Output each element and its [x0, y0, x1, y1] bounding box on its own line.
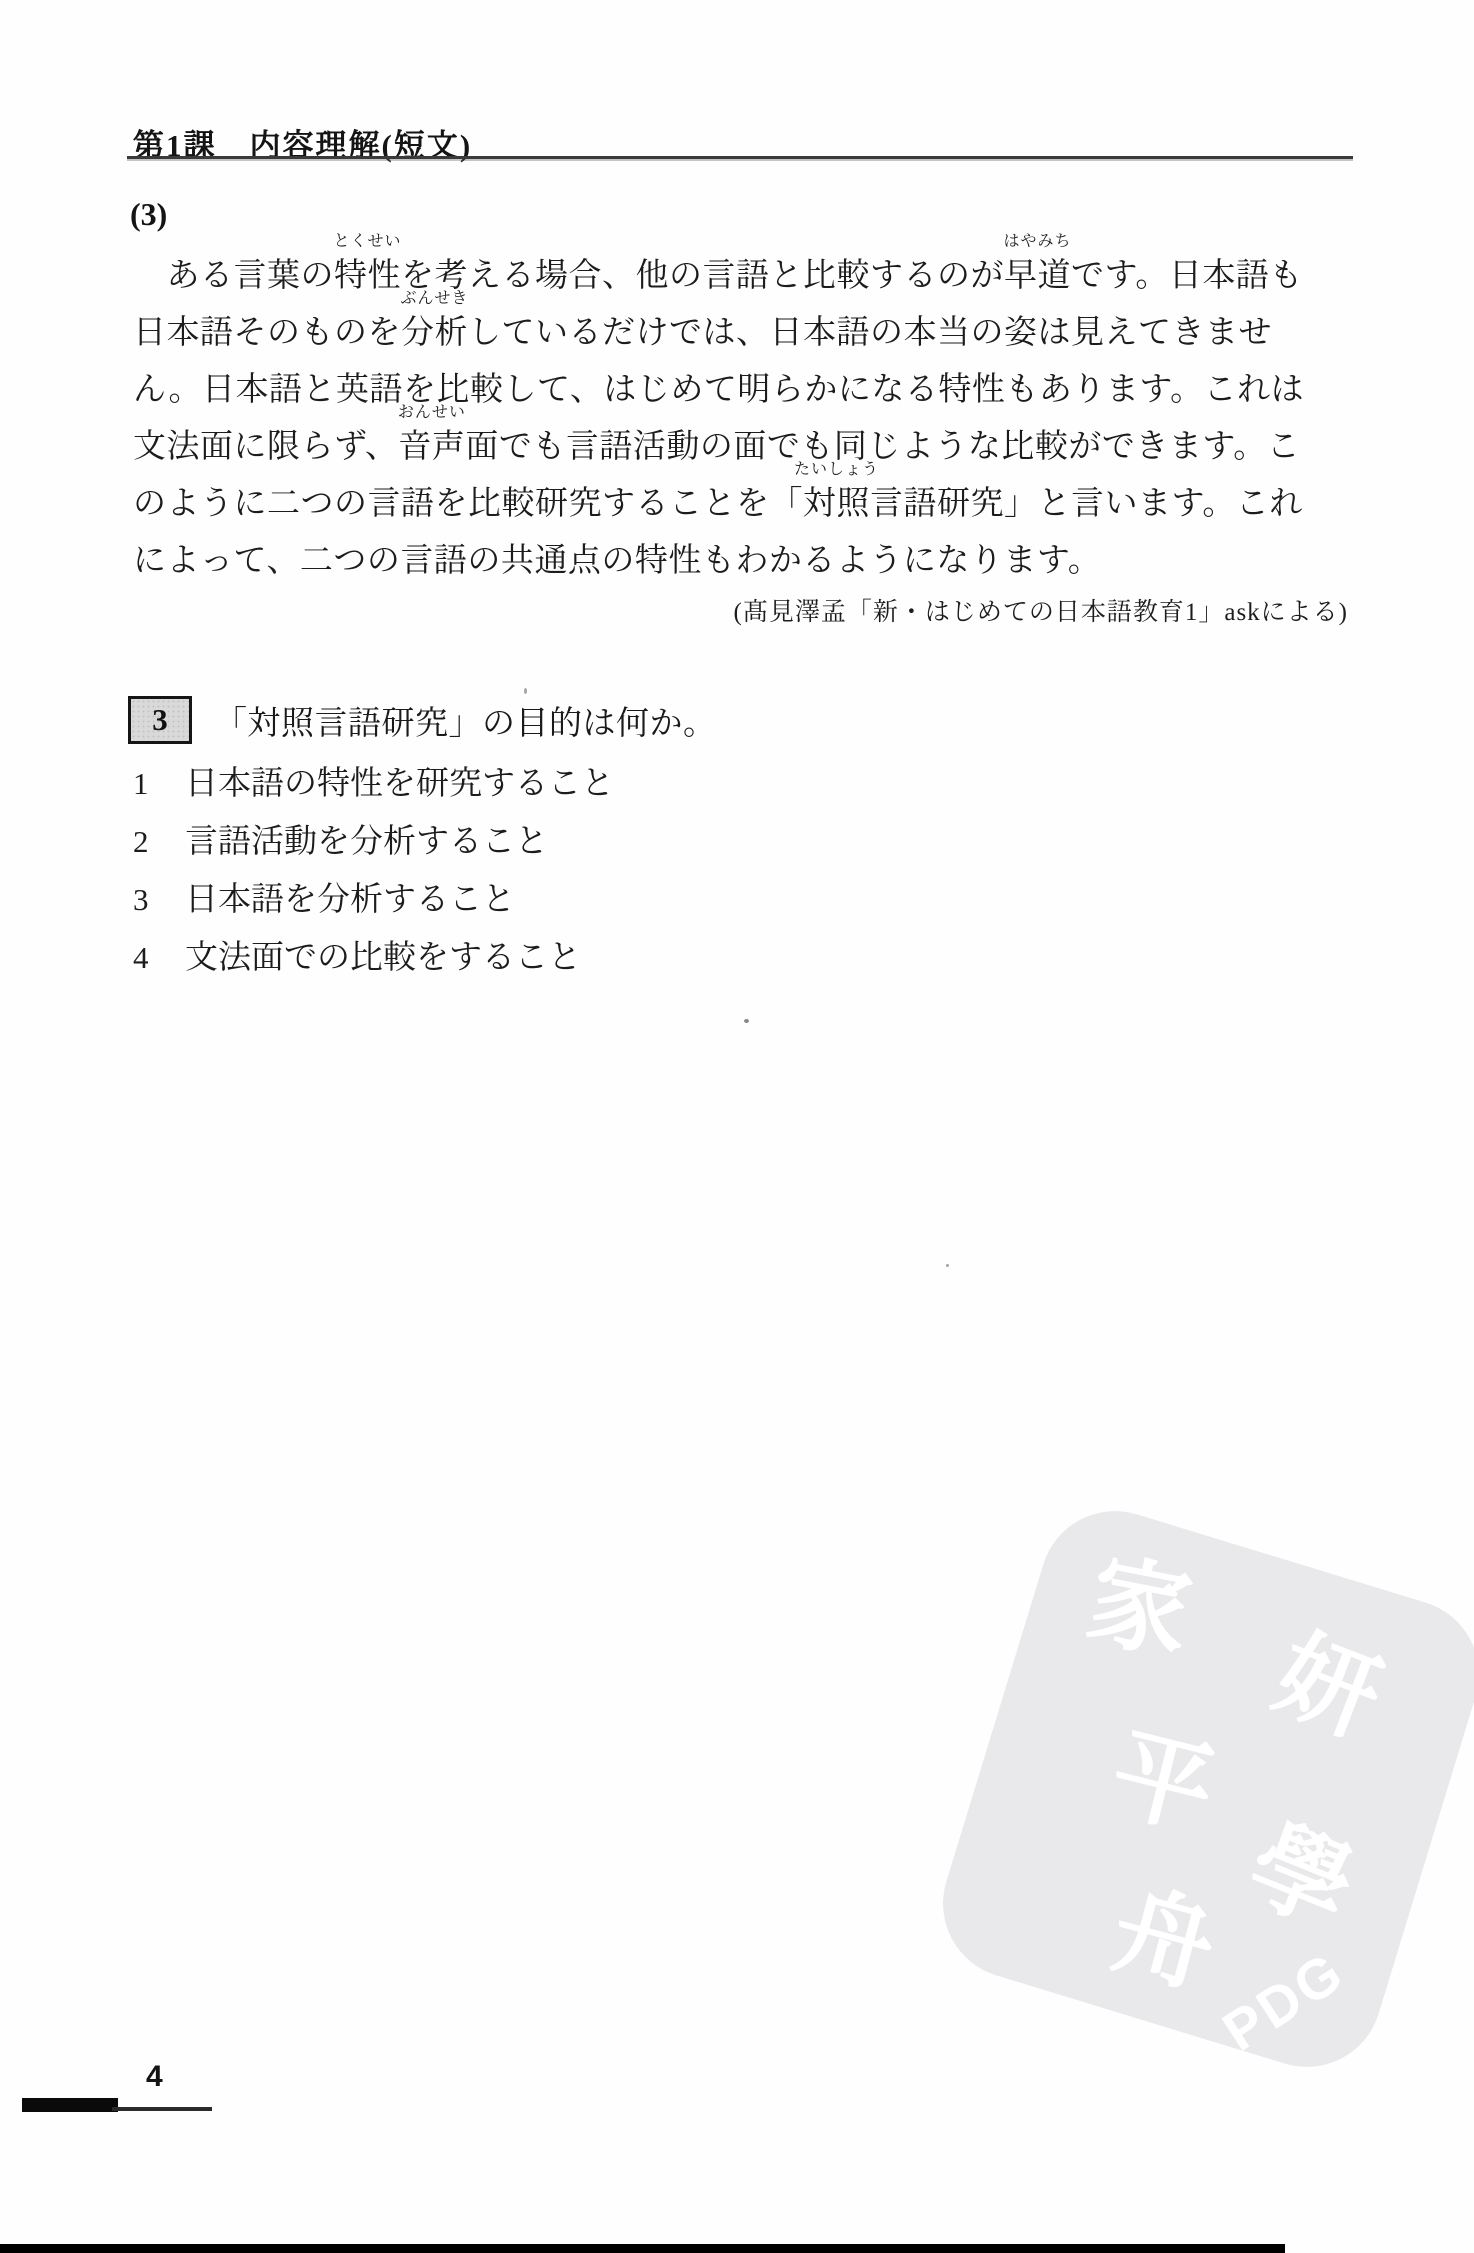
source-attribution: (髙見澤孟「新・はじめての日本語教育1」askによる) [133, 592, 1348, 628]
furigana-term: たいしょう対照 [803, 477, 870, 524]
passage-text: 言語研究」と言います。これ [870, 486, 1303, 522]
furigana-reading: ぶんせき [400, 285, 468, 308]
passage-text: ある言葉の [133, 258, 334, 294]
question-number: 3 [152, 702, 168, 738]
option-text: 文法面での比較をすること [185, 940, 581, 976]
passage-line: ん。日本語と英語を比較して、はじめて明らかになる特性もあります。これは [133, 362, 1351, 419]
passage-text: 音声 [398, 429, 465, 465]
seal-character: 家 [1081, 1549, 1198, 1666]
scan-speck [946, 1264, 949, 1267]
passage-text: を考える場合、他の言語と比較するのが [401, 258, 1004, 294]
option-number: 3 [133, 871, 185, 929]
passage-text: によって、二つの言語の共通点の特性もわかるようになります。 [133, 543, 1101, 579]
reading-passage: ある言葉のとくせい特性を考える場合、他の言語と比較するのがはやみち早道です。日本… [133, 248, 1351, 590]
option-text: 日本語の特性を研究すること [185, 766, 614, 802]
furigana-reading: とくせい [333, 228, 401, 251]
watermark-seal: 家 妍 平 學 舟 PDG [924, 1492, 1474, 2085]
option-row: 4文法面での比較をすること [133, 929, 614, 987]
seal-character: 平 [1102, 1721, 1223, 1842]
passage-text: 対照 [803, 486, 870, 522]
scan-speck [524, 688, 527, 694]
passage-text: です。日本語も [1071, 258, 1303, 294]
bottom-edge-bar [0, 2244, 1285, 2253]
passage-text: 面でも言語活動の面でも同じような比較ができます。こ [465, 429, 1300, 465]
passage-text: しているだけでは、日本語の本当の姿は見えてきませ [468, 315, 1272, 351]
furigana-reading: はやみち [1003, 228, 1071, 251]
scanned-textbook-page: 第1課 内容理解(短文) (3) ある言葉のとくせい特性を考える場合、他の言語と… [0, 0, 1474, 2253]
passage-text: 特性 [334, 258, 401, 294]
furigana-reading: たいしょう [794, 456, 879, 479]
furigana-term: とくせい特性 [334, 249, 401, 296]
passage-text: 早道 [1004, 258, 1071, 294]
passage-line: 日本語そのものをぶんせき分析しているだけでは、日本語の本当の姿は見えてきませ [133, 305, 1351, 362]
option-number: 1 [133, 755, 185, 813]
header-rule [127, 156, 1353, 159]
option-row: 1日本語の特性を研究すること [133, 755, 614, 813]
scan-speck [744, 1019, 749, 1023]
furigana-term: はやみち早道 [1004, 249, 1071, 296]
answer-options: 1日本語の特性を研究すること 2言語活動を分析すること 3日本語を分析すること … [133, 755, 614, 987]
option-text: 言語活動を分析すること [185, 824, 548, 860]
seal-character: 舟 [1103, 1878, 1225, 2000]
question-row: 3 「対照言語研究」の目的は何か。 [128, 696, 717, 744]
passage-text: ん。日本語と英語を比較して、はじめて明らかになる特性もあります。これは [133, 372, 1304, 408]
furigana-term: おんせい音声 [398, 420, 465, 467]
passage-text: のように二つの言語を比較研究することを「 [133, 486, 803, 522]
passage-line: のように二つの言語を比較研究することを「たいしょう対照言語研究」と言います。これ [133, 476, 1351, 533]
furigana-reading: おんせい [398, 399, 466, 422]
passage-text: 文法面に限らず、 [133, 429, 398, 465]
section-label: (3) [130, 196, 167, 233]
passage-line: ある言葉のとくせい特性を考える場合、他の言語と比較するのがはやみち早道です。日本… [133, 248, 1351, 305]
seal-character: 妍 [1264, 1621, 1393, 1750]
passage-text: 分析 [401, 315, 468, 351]
passage-line: によって、二つの言語の共通点の特性もわかるようになります。 [133, 533, 1351, 590]
option-text: 日本語を分析すること [185, 882, 515, 918]
option-number: 4 [133, 929, 185, 987]
question-text: 「対照言語研究」の目的は何か。 [214, 697, 717, 744]
passage-line: 文法面に限らず、おんせい音声面でも言語活動の面でも同じような比較ができます。こ [133, 419, 1351, 476]
watermark-pdg-label: PDG [1211, 1938, 1356, 2064]
footer-black-bar [22, 2098, 118, 2112]
option-row: 2言語活動を分析すること [133, 813, 614, 871]
furigana-term: ぶんせき分析 [401, 306, 468, 353]
question-number-box: 3 [128, 696, 192, 744]
footer-rule [112, 2107, 212, 2111]
option-number: 2 [133, 813, 185, 871]
passage-text: 日本語そのものを [133, 315, 401, 351]
option-row: 3日本語を分析すること [133, 871, 614, 929]
page-number: 4 [146, 2060, 163, 2094]
seal-character: 學 [1236, 1811, 1366, 1941]
